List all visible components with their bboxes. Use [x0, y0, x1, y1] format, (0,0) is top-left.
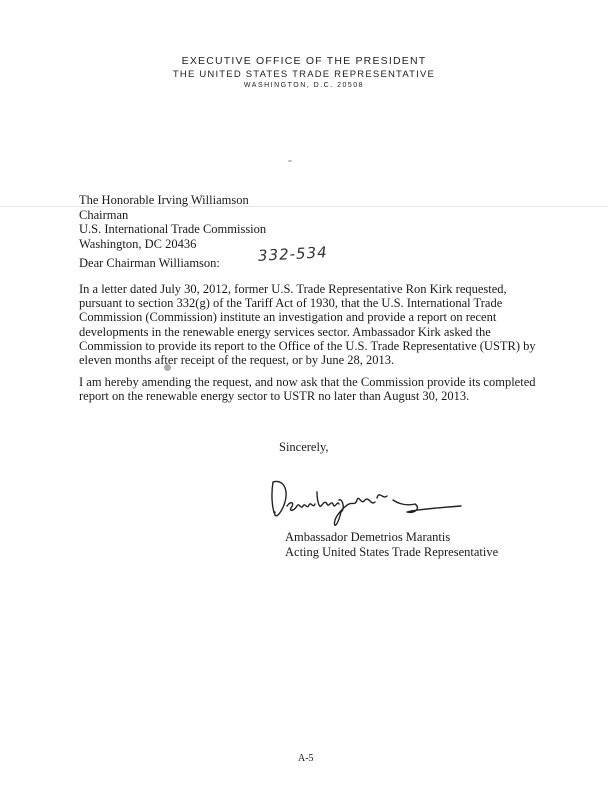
recipient-address: Washington, DC 20436 [79, 237, 266, 252]
page-number: A-5 [298, 753, 314, 764]
signatory-name: Ambassador Demetrios Marantis [285, 530, 498, 545]
signature-icon [265, 470, 465, 530]
salutation: Dear Chairman Williamson: [79, 256, 220, 271]
body-paragraph-2: I am hereby amending the request, and no… [79, 375, 549, 403]
signatory-block: Ambassador Demetrios Marantis Acting Uni… [285, 530, 498, 559]
handwritten-investigation-number: 332-534 [258, 243, 329, 265]
scan-speck [288, 160, 292, 162]
letterhead-agency: THE UNITED STATES TRADE REPRESENTATIVE [0, 69, 608, 80]
body-paragraph-1: In a letter dated July 30, 2012, former … [79, 282, 549, 367]
recipient-title: Chairman [79, 208, 266, 223]
recipient-address-block: The Honorable Irving Williamson Chairman… [79, 193, 266, 251]
letterhead-address: WASHINGTON, D.C. 20508 [0, 82, 608, 89]
closing: Sincerely, [279, 440, 329, 455]
recipient-name: The Honorable Irving Williamson [79, 193, 266, 208]
scan-dot [164, 364, 171, 371]
letterhead-office: EXECUTIVE OFFICE OF THE PRESIDENT [0, 55, 608, 67]
signatory-title: Acting United States Trade Representativ… [285, 545, 498, 560]
recipient-organization: U.S. International Trade Commission [79, 222, 266, 237]
